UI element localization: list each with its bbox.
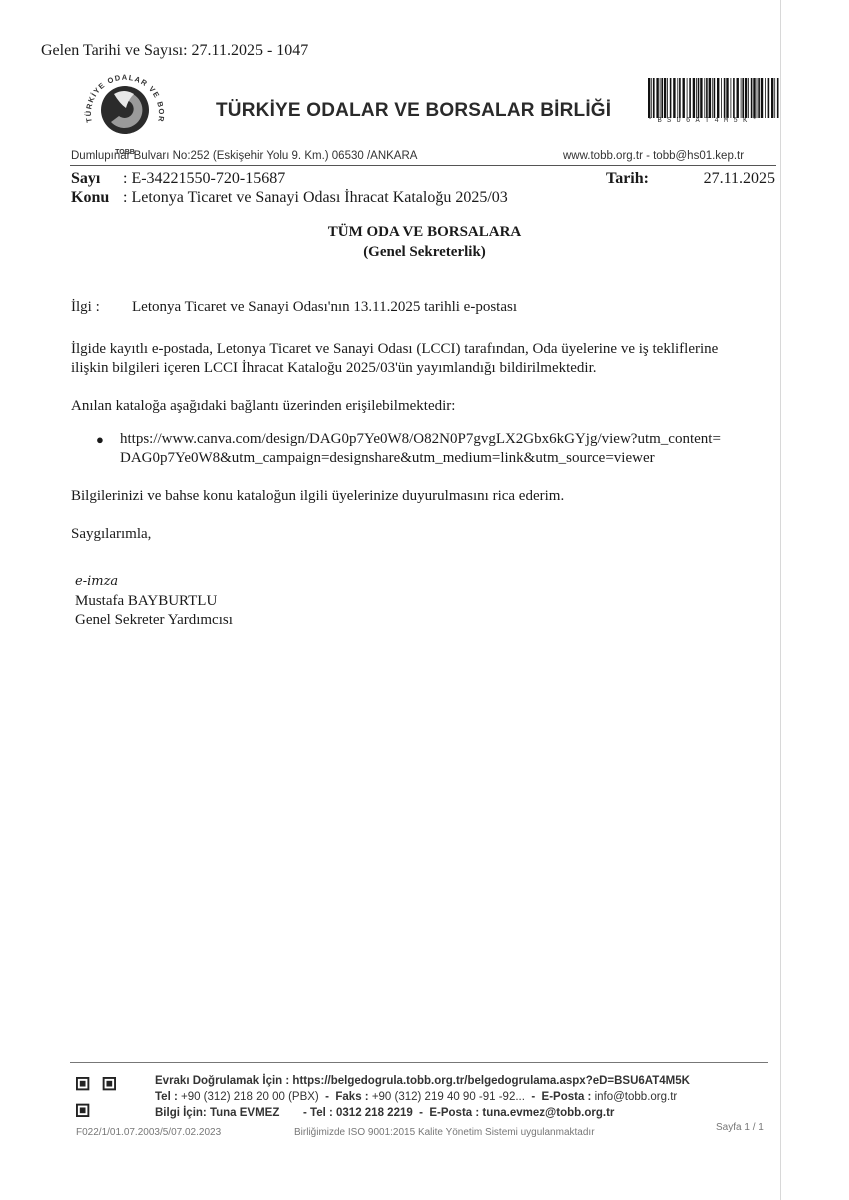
barcode-icon: [648, 78, 780, 118]
konu-value: : Letonya Ticaret ve Sanayi Odası İhraca…: [123, 189, 508, 206]
subject: Konu: Letonya Ticaret ve Sanayi Odası İh…: [71, 189, 508, 207]
fax-value: +90 (312) 219 40 90 -91 -92...: [372, 1091, 525, 1103]
verify-label: Evrakı Doğrulamak İçin :: [155, 1075, 292, 1087]
web-and-email[interactable]: www.tobb.org.tr - tobb@hs01.kep.tr: [563, 150, 744, 162]
footer-divider: [70, 1062, 768, 1063]
received-stamp: Gelen Tarihi ve Sayısı: 27.11.2025 - 104…: [41, 42, 308, 60]
paragraph-1-line-2: ilişkin bilgileri içeren LCCI İhracat Ka…: [71, 360, 597, 377]
page-number: Sayfa 1 / 1: [716, 1122, 764, 1133]
form-code: F022/1/01.07.2003/5/07.02.2023: [76, 1127, 221, 1138]
paragraph-3: Bilgilerinizi ve bahse konu kataloğun il…: [71, 488, 564, 505]
info-contact-name: Bilgi İçin: Tuna EVMEZ: [155, 1107, 279, 1119]
sayi-label: Sayı: [71, 170, 123, 188]
verify-line: Evrakı Doğrulamak İçin : https://belgedo…: [155, 1075, 690, 1087]
catalog-link-line-2[interactable]: DAG0p7Ye0W8&utm_campaign=designshare&utm…: [120, 450, 655, 467]
contact-line: Tel : +90 (312) 218 20 00 (PBX) - Faks :…: [155, 1091, 677, 1103]
address: Dumlupınar Bulvarı No:252 (Eskişehir Yol…: [71, 150, 417, 162]
verify-url[interactable]: https://belgedogrula.tobb.org.tr/belgedo…: [292, 1075, 690, 1087]
qr-code-icon: [76, 1077, 116, 1117]
reference-value: Letonya Ticaret ve Sanayi Odası'nın 13.1…: [132, 299, 517, 316]
e-signature-mark: e-imza: [75, 574, 118, 589]
iso-notice: Birliğimizde ISO 9001:2015 Kalite Yöneti…: [294, 1127, 595, 1138]
date-value: 27.11.2025: [674, 170, 775, 188]
bullet-icon: ●: [96, 432, 104, 448]
fax-label: - Faks :: [319, 1091, 372, 1103]
barcode-text: *BSU6AT4M5K*: [648, 117, 788, 125]
closing: Saygılarımla,: [71, 526, 151, 543]
header-divider: [70, 165, 776, 166]
info-email[interactable]: tuna.evmez@tobb.org.tr: [482, 1107, 614, 1119]
signer-name: Mustafa BAYBURTLU: [75, 593, 217, 610]
info-contact-details: - Tel : 0312 218 2219 - E-Posta : tuna.e…: [303, 1107, 614, 1119]
date-label: Tarih:: [606, 170, 649, 188]
konu-label: Konu: [71, 189, 123, 207]
email-value[interactable]: info@tobb.org.tr: [595, 1091, 678, 1103]
sayi-value: : E-34221550-720-15687: [123, 170, 285, 187]
catalog-link-line-1[interactable]: https://www.canva.com/design/DAG0p7Ye0W8…: [120, 431, 721, 448]
reference-label: İlgi :: [71, 299, 100, 316]
info-tel: - Tel : 0312 218 2219: [303, 1107, 413, 1119]
scan-edge: [780, 0, 781, 1200]
paragraph-2: Anılan kataloğa aşağıdaki bağlantı üzeri…: [71, 398, 455, 415]
recipient-line-1: TÜM ODA VE BORSALARA: [0, 224, 849, 241]
email-label: - E-Posta :: [525, 1091, 595, 1103]
tel-value: +90 (312) 218 20 00 (PBX): [181, 1091, 319, 1103]
paragraph-1-line-1: İlgide kayıtlı e-postada, Letonya Ticare…: [71, 341, 718, 358]
tobb-logo-icon: TÜRKİYE ODALAR VE BORSALAR BİRLİĞİ TOBB: [74, 62, 174, 158]
info-email-label: - E-Posta :: [413, 1107, 483, 1119]
signer-title: Genel Sekreter Yardımcısı: [75, 612, 233, 629]
organization-name: TÜRKİYE ODALAR VE BORSALAR BİRLİĞİ: [216, 100, 611, 122]
tel-label: Tel :: [155, 1091, 181, 1103]
recipient-line-2: (Genel Sekreterlik): [0, 244, 849, 261]
document-number: Sayı: E-34221550-720-15687: [71, 170, 285, 188]
